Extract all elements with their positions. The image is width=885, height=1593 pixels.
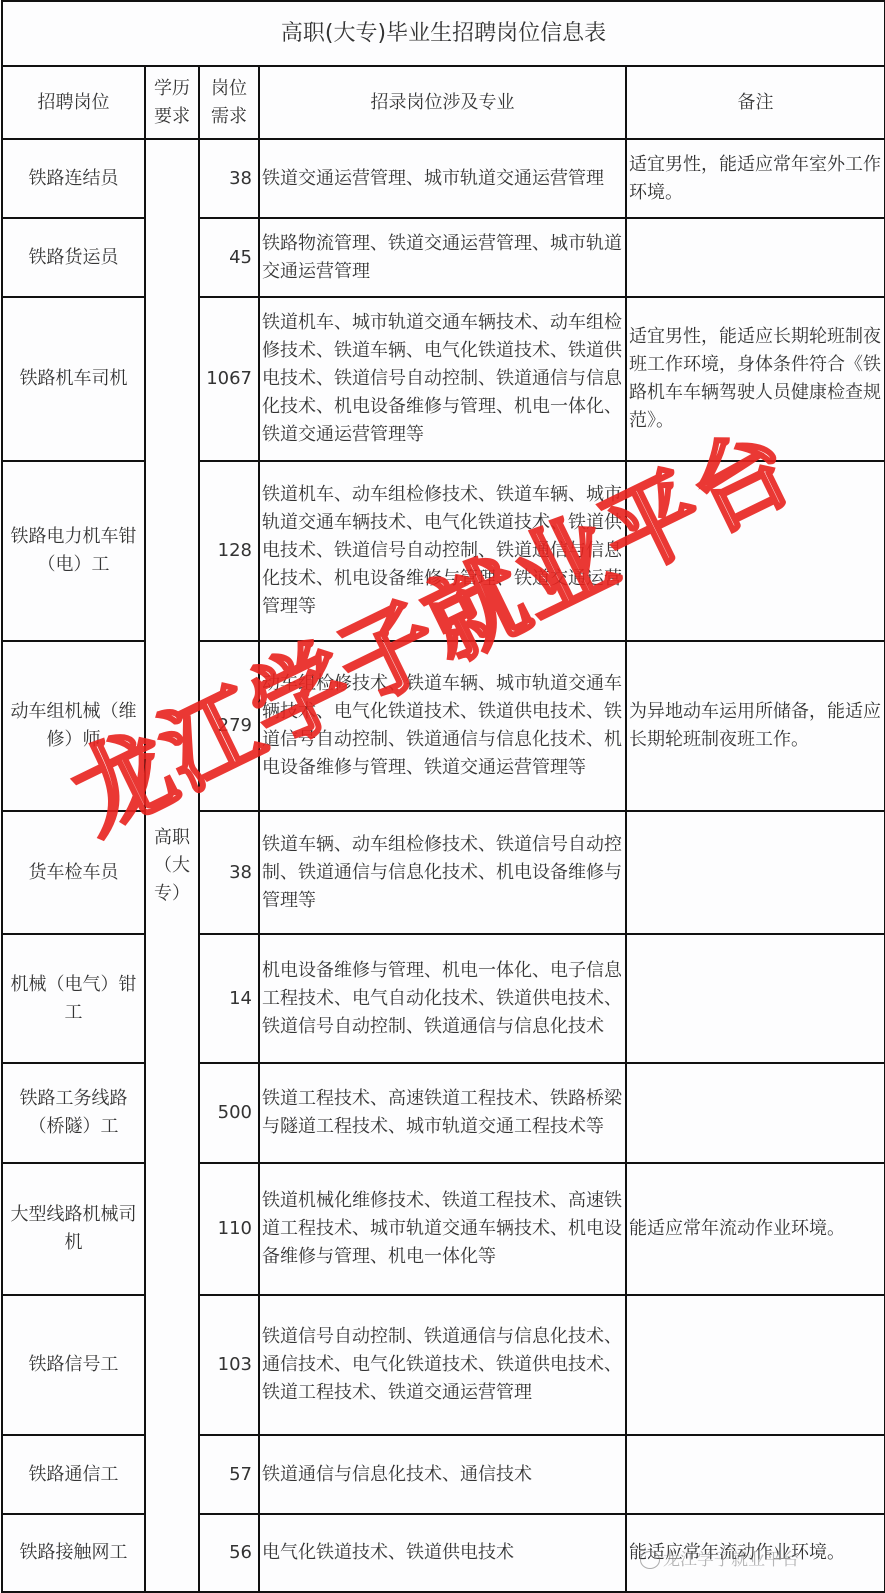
majors-cell: 铁道车辆、动车组检修技术、铁道信号自动控制、铁道通信与信息化技术、机电设备维修与… bbox=[259, 811, 626, 934]
majors-cell: 铁路物流管理、铁道交通运营管理、城市轨道交通运营管理 bbox=[259, 218, 626, 297]
position-cell: 大型线路机械司机 bbox=[2, 1163, 145, 1295]
table-row: 铁路货运员 45 铁路物流管理、铁道交通运营管理、城市轨道交通运营管理 bbox=[2, 218, 885, 297]
demand-cell: 14 bbox=[199, 934, 259, 1063]
demand-cell: 279 bbox=[199, 641, 259, 811]
majors-cell: 铁道机械化维修技术、铁道工程技术、高速铁道工程技术、城市轨道交通车辆技术、机电设… bbox=[259, 1163, 626, 1295]
demand-cell: 103 bbox=[199, 1295, 259, 1435]
header-remarks: 备注 bbox=[626, 66, 885, 139]
majors-cell: 铁道机车、城市轨道交通车辆技术、动车组检修技术、铁道车辆、电气化铁道技术、铁道供… bbox=[259, 297, 626, 461]
table-row: 铁路连结员 高职（大专） 38 铁道交通运营管理、城市轨道交通运营管理 适宜男性… bbox=[2, 139, 885, 218]
header-demand-line1: 岗位 bbox=[202, 75, 256, 103]
remarks-cell bbox=[626, 1295, 885, 1435]
table-row: 铁路机车司机 1067 铁道机车、城市轨道交通车辆技术、动车组检修技术、铁道车辆… bbox=[2, 297, 885, 461]
remarks-cell: 为异地动车运用所储备，能适应长期轮班制夜班工作。 bbox=[626, 641, 885, 811]
education-value: 高职（大专） bbox=[152, 824, 192, 908]
recruitment-table-sheet: 高职(大专)毕业生招聘岗位信息表 招聘岗位 学历 要求 岗位 需求 招录岗位涉及… bbox=[0, 0, 885, 1593]
table-row: 大型线路机械司机 110 铁道机械化维修技术、铁道工程技术、高速铁道工程技术、城… bbox=[2, 1163, 885, 1295]
header-demand-line2: 需求 bbox=[202, 103, 256, 131]
remarks-cell: 能适应常年流动作业环境。 bbox=[626, 1514, 885, 1592]
header-education-line1: 学历 bbox=[148, 75, 196, 103]
demand-cell: 45 bbox=[199, 218, 259, 297]
majors-cell: 机电设备维修与管理、机电一体化、电子信息工程技术、电气自动化技术、铁道供电技术、… bbox=[259, 934, 626, 1063]
majors-cell: 铁道交通运营管理、城市轨道交通运营管理 bbox=[259, 139, 626, 218]
table-row: 铁路工务线路（桥隧）工 500 铁道工程技术、高速铁道工程技术、铁路桥梁与隧道工… bbox=[2, 1063, 885, 1163]
remarks-cell: 适宜男性，能适应常年室外工作环境。 bbox=[626, 139, 885, 218]
table-row: 机械（电气）钳工 14 机电设备维修与管理、机电一体化、电子信息工程技术、电气自… bbox=[2, 934, 885, 1063]
majors-cell: 电气化铁道技术、铁道供电技术 bbox=[259, 1514, 626, 1592]
position-cell: 铁路通信工 bbox=[2, 1435, 145, 1514]
remarks-cell bbox=[626, 461, 885, 641]
header-row: 招聘岗位 学历 要求 岗位 需求 招录岗位涉及专业 备注 bbox=[2, 66, 885, 139]
demand-cell: 38 bbox=[199, 139, 259, 218]
remarks-cell bbox=[626, 218, 885, 297]
demand-cell: 38 bbox=[199, 811, 259, 934]
demand-cell: 1067 bbox=[199, 297, 259, 461]
header-demand: 岗位 需求 bbox=[199, 66, 259, 139]
demand-cell: 56 bbox=[199, 1514, 259, 1592]
remarks-cell bbox=[626, 934, 885, 1063]
remarks-cell bbox=[626, 1435, 885, 1514]
table-row: 铁路接触网工 56 电气化铁道技术、铁道供电技术 能适应常年流动作业环境。 bbox=[2, 1514, 885, 1592]
position-cell: 货车检车员 bbox=[2, 811, 145, 934]
header-education-line2: 要求 bbox=[148, 103, 196, 131]
majors-cell: 铁道信号自动控制、铁道通信与信息化技术、通信技术、电气化铁道技术、铁道供电技术、… bbox=[259, 1295, 626, 1435]
majors-cell: 铁道机车、动车组检修技术、铁道车辆、城市轨道交通车辆技术、电气化铁道技术、铁道供… bbox=[259, 461, 626, 641]
remarks-cell bbox=[626, 811, 885, 934]
table-row: 货车检车员 38 铁道车辆、动车组检修技术、铁道信号自动控制、铁道通信与信息化技… bbox=[2, 811, 885, 934]
education-cell: 高职（大专） bbox=[145, 139, 199, 1592]
remarks-cell: 适宜男性，能适应长期轮班制夜班工作环境，身体条件符合《铁路机车车辆驾驶人员健康检… bbox=[626, 297, 885, 461]
demand-cell: 128 bbox=[199, 461, 259, 641]
table-title: 高职(大专)毕业生招聘岗位信息表 bbox=[2, 1, 885, 66]
position-cell: 铁路货运员 bbox=[2, 218, 145, 297]
position-cell: 机械（电气）钳工 bbox=[2, 934, 145, 1063]
header-majors: 招录岗位涉及专业 bbox=[259, 66, 626, 139]
demand-cell: 110 bbox=[199, 1163, 259, 1295]
majors-cell: 铁道工程技术、高速铁道工程技术、铁路桥梁与隧道工程技术、城市轨道交通工程技术等 bbox=[259, 1063, 626, 1163]
header-position: 招聘岗位 bbox=[2, 66, 145, 139]
position-cell: 铁路工务线路（桥隧）工 bbox=[2, 1063, 145, 1163]
remarks-cell: 能适应常年流动作业环境。 bbox=[626, 1163, 885, 1295]
position-cell: 铁路机车司机 bbox=[2, 297, 145, 461]
position-cell: 铁路连结员 bbox=[2, 139, 145, 218]
majors-cell: 动车组检修技术、铁道车辆、城市轨道交通车辆技术、电气化铁道技术、铁道供电技术、铁… bbox=[259, 641, 626, 811]
position-cell: 动车组机械（维修）师 bbox=[2, 641, 145, 811]
position-cell: 铁路信号工 bbox=[2, 1295, 145, 1435]
header-education: 学历 要求 bbox=[145, 66, 199, 139]
table-row: 铁路通信工 57 铁道通信与信息化技术、通信技术 bbox=[2, 1435, 885, 1514]
table-row: 铁路电力机车钳（电）工 128 铁道机车、动车组检修技术、铁道车辆、城市轨道交通… bbox=[2, 461, 885, 641]
position-cell: 铁路电力机车钳（电）工 bbox=[2, 461, 145, 641]
recruitment-table: 高职(大专)毕业生招聘岗位信息表 招聘岗位 学历 要求 岗位 需求 招录岗位涉及… bbox=[1, 0, 885, 1593]
table-row: 铁路信号工 103 铁道信号自动控制、铁道通信与信息化技术、通信技术、电气化铁道… bbox=[2, 1295, 885, 1435]
demand-cell: 500 bbox=[199, 1063, 259, 1163]
remarks-cell bbox=[626, 1063, 885, 1163]
demand-cell: 57 bbox=[199, 1435, 259, 1514]
majors-cell: 铁道通信与信息化技术、通信技术 bbox=[259, 1435, 626, 1514]
position-cell: 铁路接触网工 bbox=[2, 1514, 145, 1592]
table-row: 动车组机械（维修）师 279 动车组检修技术、铁道车辆、城市轨道交通车辆技术、电… bbox=[2, 641, 885, 811]
